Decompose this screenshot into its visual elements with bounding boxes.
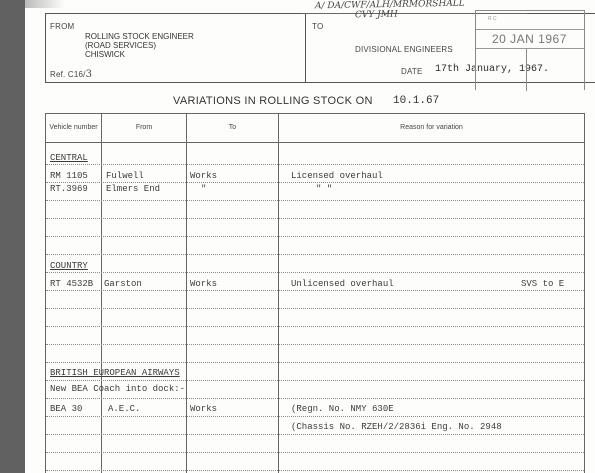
scan-edge-shadow — [0, 0, 25, 473]
column-header-vehicle: Vehicle number — [46, 114, 101, 142]
vehicle-number: RT.3969 — [50, 184, 88, 194]
sender-line-2: (ROAD SERVICES) — [85, 41, 194, 50]
sender-line-3: CHISWICK — [85, 50, 194, 59]
reason-note: SVS to E — [521, 279, 564, 289]
from-box: FROM ROLLING STOCK ENGINEER (ROAD SERVIC… — [45, 13, 305, 83]
stamp-date: 20 JAN 1967 — [492, 32, 567, 46]
row-rule — [46, 362, 584, 363]
column-divider — [186, 114, 187, 473]
scan-edge-fade — [25, 0, 65, 8]
ref-label: Ref. C16/ — [50, 70, 86, 79]
to-label: TO — [312, 22, 323, 31]
column-header-reason: Reason for variation — [279, 114, 584, 142]
section-heading-central: CENTRAL — [50, 153, 88, 163]
title-date: 10.1.67 — [393, 95, 439, 107]
reason: (Regn. No. NMY 630E — [291, 404, 394, 414]
row-rule — [46, 164, 584, 165]
reason: Unlicensed overhaul — [291, 279, 394, 289]
ref-number: 3 — [86, 69, 93, 80]
column-header-from: From — [102, 114, 186, 142]
row-rule — [46, 272, 584, 273]
row-rule — [46, 182, 584, 183]
stamp-date-band: 20 JAN 1967 — [476, 29, 584, 49]
reason: " " — [316, 184, 332, 194]
date-label: DATE — [401, 67, 423, 76]
sender-block: ROLLING STOCK ENGINEER (ROAD SERVICES) C… — [85, 32, 194, 59]
row-rule — [46, 218, 584, 219]
row-rule — [46, 434, 584, 435]
reference: Ref. C16/3 — [50, 69, 92, 80]
row-rule — [46, 344, 584, 345]
row-rule — [46, 308, 584, 309]
row-rule — [46, 254, 584, 255]
section-heading-country: COUNTRY — [50, 261, 88, 271]
to-location: " — [201, 184, 206, 194]
row-rule — [46, 236, 584, 237]
row-rule — [46, 380, 584, 381]
row-rule — [46, 452, 584, 453]
document-title: VARIATIONS IN ROLLING STOCK ON — [173, 95, 373, 107]
row-rule — [46, 470, 584, 471]
from-location: A.E.C. — [108, 404, 140, 414]
to-location: Works — [190, 404, 217, 414]
column-divider — [278, 114, 279, 473]
reason: (Chassis No. RZEH/2/2836i Eng. No. 2948 — [291, 422, 502, 432]
reason: Licensed overhaul — [291, 171, 383, 181]
handwritten-distribution-2: CVY JMH — [355, 10, 398, 21]
vehicle-number: BEA 30 — [50, 404, 82, 414]
section-subheading: New BEA Coach into dock:- — [50, 384, 185, 394]
variations-table: Vehicle number From To Reason for variat… — [45, 113, 585, 473]
stamp-label: R C — [488, 16, 497, 22]
section-heading-bea: BRITISH EUROPEAN AIRWAYS — [50, 368, 180, 378]
sender-line-1: ROLLING STOCK ENGINEER — [85, 32, 194, 41]
row-rule — [46, 326, 584, 327]
to-location: Works — [190, 171, 217, 181]
row-rule — [46, 398, 584, 399]
vehicle-number: RT 4532B — [50, 279, 93, 289]
column-divider — [101, 114, 102, 473]
row-rule — [46, 416, 584, 417]
from-location: Garston — [104, 279, 142, 289]
header-divider — [46, 142, 584, 143]
row-rule — [46, 200, 584, 201]
stamp-divider — [526, 49, 527, 91]
row-rule — [46, 290, 584, 291]
from-label: FROM — [50, 22, 74, 31]
column-header-to: To — [187, 114, 278, 142]
vehicle-number: RM 1105 — [50, 171, 88, 181]
to-location: Works — [190, 279, 217, 289]
received-stamp: R C 20 JAN 1967 — [475, 10, 585, 90]
from-location: Elmers End — [106, 184, 160, 194]
recipient: DIVISIONAL ENGINEERS — [355, 45, 453, 54]
from-location: Fulwell — [106, 171, 144, 181]
